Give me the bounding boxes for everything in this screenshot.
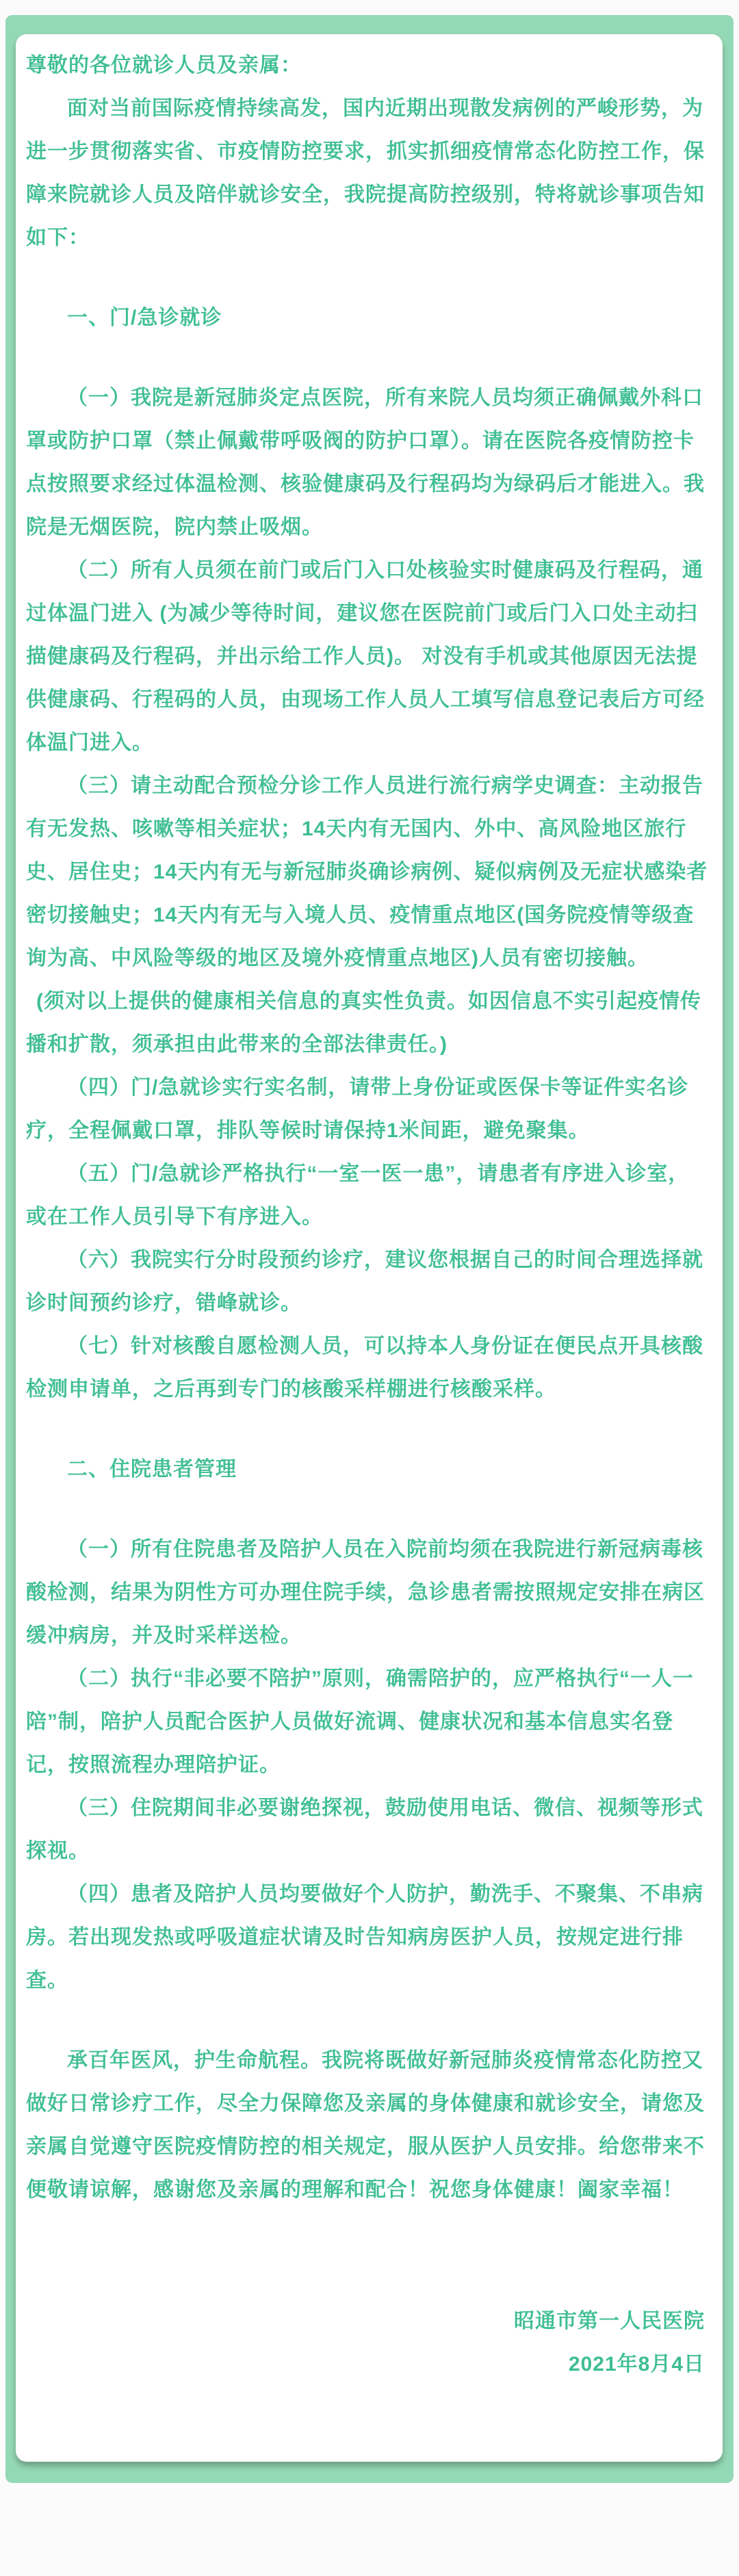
notice-paragraph: （四）患者及陪护人员均要做好个人防护，勤洗手、不聚集、不串病房。若出现发热或呼吸…: [26, 1873, 710, 2002]
section-heading: 一、门/急诊就诊: [26, 296, 710, 339]
notice-paragraph: （六）我院实行分时段预约诊疗，建议您根据自己的时间合理选择就诊时间预约诊疗，错峰…: [26, 1238, 710, 1325]
notice-paragraph: （一）我院是新冠肺炎定点医院，所有来院人员均须正确佩戴外科口罩或防护口罩（禁止佩…: [26, 376, 710, 549]
notice-card: 尊敬的各位就诊人员及亲属： 面对当前国际疫情持续高发，国内近期出现散发病例的严峻…: [16, 34, 723, 2462]
notice-paragraph: （三）请主动配合预检分诊工作人员进行流行病学史调查：主动报告有无发热、咳嗽等相关…: [26, 764, 710, 980]
notice-paragraph: （一）所有住院患者及陪护人员在入院前均须在我院进行新冠病毒核酸检测，结果为阴性方…: [26, 1528, 710, 1657]
notice-body: 面对当前国际疫情持续高发，国内近期出现散发病例的严峻形势，为进一步贯彻落实省、市…: [26, 87, 710, 2211]
notice-paragraph: （三）住院期间非必要谢绝探视，鼓励使用电话、微信、视频等形式探视。: [26, 1786, 710, 1873]
notice-paragraph: （四）门/急就诊实行实名制，请带上身份证或医保卡等证件实名诊疗，全程佩戴口罩，排…: [26, 1066, 710, 1152]
section-heading: 二、住院患者管理: [26, 1448, 710, 1491]
notice-paragraph: （五）门/急就诊严格执行“一室一医一患”，请患者有序进入诊室，或在工作人员引导下…: [26, 1152, 710, 1238]
notice-content: 尊敬的各位就诊人员及亲属： 面对当前国际疫情持续高发，国内近期出现散发病例的严峻…: [16, 34, 723, 2462]
notice-paragraph: 承百年医风，护生命航程。我院将既做好新冠肺炎疫情常态化防控又做好日常诊疗工作，尽…: [26, 2039, 710, 2211]
notice-paragraph: （二）所有人员须在前门或后门入口处核验实时健康码及行程码，通过体温门进入 (为减…: [26, 549, 710, 764]
notice-paragraph: （七）针对核酸自愿检测人员，可以持本人身份证在便民点开具核酸检测申请单，之后再到…: [26, 1325, 710, 1411]
notice-paragraph: (须对以上提供的健康相关信息的真实性负责。如因信息不实引起疫情传播和扩散，须承担…: [26, 980, 710, 1066]
greeting-line: 尊敬的各位就诊人员及亲属：: [26, 44, 710, 87]
signature-date: 2021年8月4日: [26, 2343, 710, 2386]
green-frame: 尊敬的各位就诊人员及亲属： 面对当前国际疫情持续高发，国内近期出现散发病例的严峻…: [5, 15, 734, 2483]
notice-paragraph: 面对当前国际疫情持续高发，国内近期出现散发病例的严峻形势，为进一步贯彻落实省、市…: [26, 87, 710, 259]
signature-hospital: 昭通市第一人民医院: [26, 2300, 710, 2343]
notice-paragraph: （二）执行“非必要不陪护”原则，确需陪护的，应严格执行“一人一陪”制，陪护人员配…: [26, 1657, 710, 1786]
